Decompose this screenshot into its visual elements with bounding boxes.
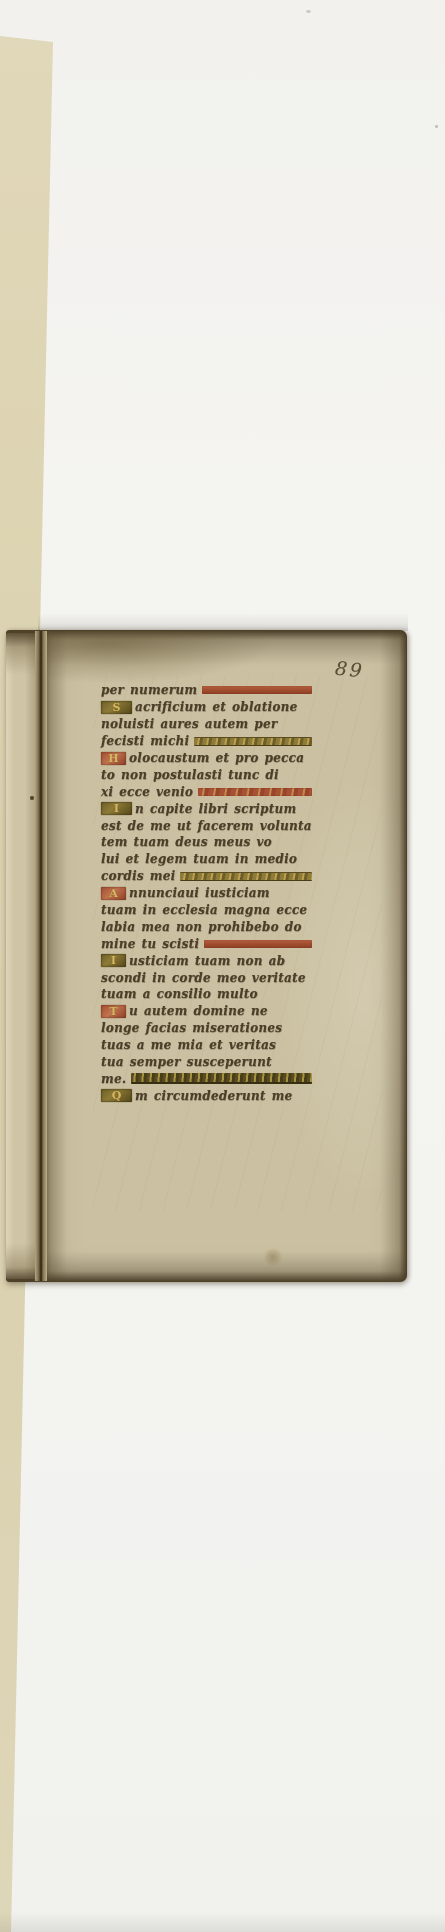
decorated-initial: Q: [101, 1089, 132, 1102]
line-text: lui et legem tuam in medio: [101, 853, 297, 866]
line-text: u autem domine ne: [129, 1005, 268, 1018]
line-text: xi ecce venio: [101, 785, 193, 798]
decorated-initial: A: [101, 887, 126, 900]
line-filler-bar: [204, 940, 312, 948]
line-filler-bar: [202, 686, 312, 694]
line-filler-bar: [198, 788, 312, 796]
line-filler-bar: [131, 1073, 312, 1084]
sewing-stitch: [30, 796, 34, 800]
line-text: tem tuam deus meus vo: [101, 836, 272, 849]
verso-page-edge: [6, 633, 35, 1279]
line-text: usticiam tuam non ab: [129, 954, 285, 967]
line-text: est de me ut facerem volunta: [101, 819, 312, 832]
manuscript-text-line: tem tuam deus meus vo: [101, 834, 312, 851]
manuscript-text-line: In capite libri scriptum: [101, 800, 312, 817]
manuscript-text-line: tuas a me mia et veritas: [101, 1037, 312, 1054]
line-text: per numerum: [101, 684, 197, 697]
binding-gutter: [35, 631, 47, 1281]
paper-speck: [435, 125, 438, 128]
decorated-initial: I: [101, 802, 132, 815]
manuscript-text-line: labia mea non prohibebo do: [101, 918, 312, 935]
manuscript-text-line: Sacrificium et oblatione: [101, 699, 312, 716]
manuscript-text-line: longe facias miserationes: [101, 1020, 312, 1037]
line-filler-bar: [180, 872, 312, 881]
line-text: to non postulasti tunc di: [101, 769, 279, 782]
line-text: me.: [101, 1073, 126, 1086]
manuscript-text-line: lui et legem tuam in medio: [101, 851, 312, 868]
line-text: tuam a consilio multo: [101, 988, 258, 1001]
manuscript-text-line: tua semper susceperunt: [101, 1054, 312, 1071]
line-filler-bar: [194, 737, 312, 746]
line-text: n capite libri scriptum: [135, 802, 296, 815]
line-text: longe facias miserationes: [101, 1022, 282, 1035]
manuscript-text-line: Iusticiam tuam non ab: [101, 952, 312, 969]
bottom-edge-shadow: [0, 1912, 445, 1932]
line-text: acrificium et oblatione: [135, 701, 297, 714]
manuscript-text-line: Tu autem domine ne: [101, 1003, 312, 1020]
manuscript-text-line: est de me ut facerem volunta: [101, 817, 312, 834]
decorated-initial: T: [101, 1005, 126, 1018]
manuscript-book: 89 per numerumSacrificium et oblationeno…: [6, 630, 407, 1282]
sheet-edge-shadow: [38, 613, 408, 631]
manuscript-text-line: Holocaustum et pro pecca: [101, 750, 312, 767]
manuscript-text-line: fecisti michi: [101, 733, 312, 750]
manuscript-text-line: cordis mei: [101, 868, 312, 885]
line-text: tua semper susceperunt: [101, 1056, 272, 1069]
line-text: noluisti aures autem per: [101, 718, 277, 731]
line-text: scondi in corde meo veritate: [101, 971, 306, 984]
line-text: labia mea non prohibebo do: [101, 921, 302, 934]
decorated-initial: I: [101, 954, 126, 967]
line-text: tuam in ecclesia magna ecce: [101, 904, 307, 917]
manuscript-text-line: mine tu scisti: [101, 935, 312, 952]
folio-number: 89: [334, 658, 365, 683]
text-block: per numerumSacrificium et oblationenolui…: [101, 682, 312, 1104]
manuscript-text-line: Qm circumdederunt me: [101, 1087, 312, 1104]
line-text: m circumdederunt me: [135, 1089, 292, 1102]
line-text: fecisti michi: [101, 735, 189, 748]
line-text: olocaustum et pro pecca: [129, 752, 304, 765]
decorated-initial: H: [101, 752, 126, 765]
manuscript-text-line: per numerum: [101, 682, 312, 699]
manuscript-text-line: scondi in corde meo veritate: [101, 969, 312, 986]
manuscript-text-line: tuam a consilio multo: [101, 986, 312, 1003]
manuscript-text-line: me.: [101, 1070, 312, 1087]
line-text: mine tu scisti: [101, 937, 199, 950]
line-text: tuas a me mia et veritas: [101, 1039, 276, 1052]
line-text: nnunciaui iusticiam: [129, 887, 270, 900]
decorated-initial: S: [101, 701, 132, 714]
scan-background: { "page": { "folio_number": "89", "psalm…: [0, 0, 445, 1932]
manuscript-text-line: Annunciaui iusticiam: [101, 885, 312, 902]
recto-page: 89 per numerumSacrificium et oblationeno…: [47, 631, 406, 1281]
paper-speck: [306, 10, 311, 13]
manuscript-text-line: tuam in ecclesia magna ecce: [101, 902, 312, 919]
manuscript-text-line: noluisti aures autem per: [101, 716, 312, 733]
line-text: cordis mei: [101, 870, 175, 883]
manuscript-text-line: xi ecce venio: [101, 783, 312, 800]
manuscript-text-line: to non postulasti tunc di: [101, 766, 312, 783]
